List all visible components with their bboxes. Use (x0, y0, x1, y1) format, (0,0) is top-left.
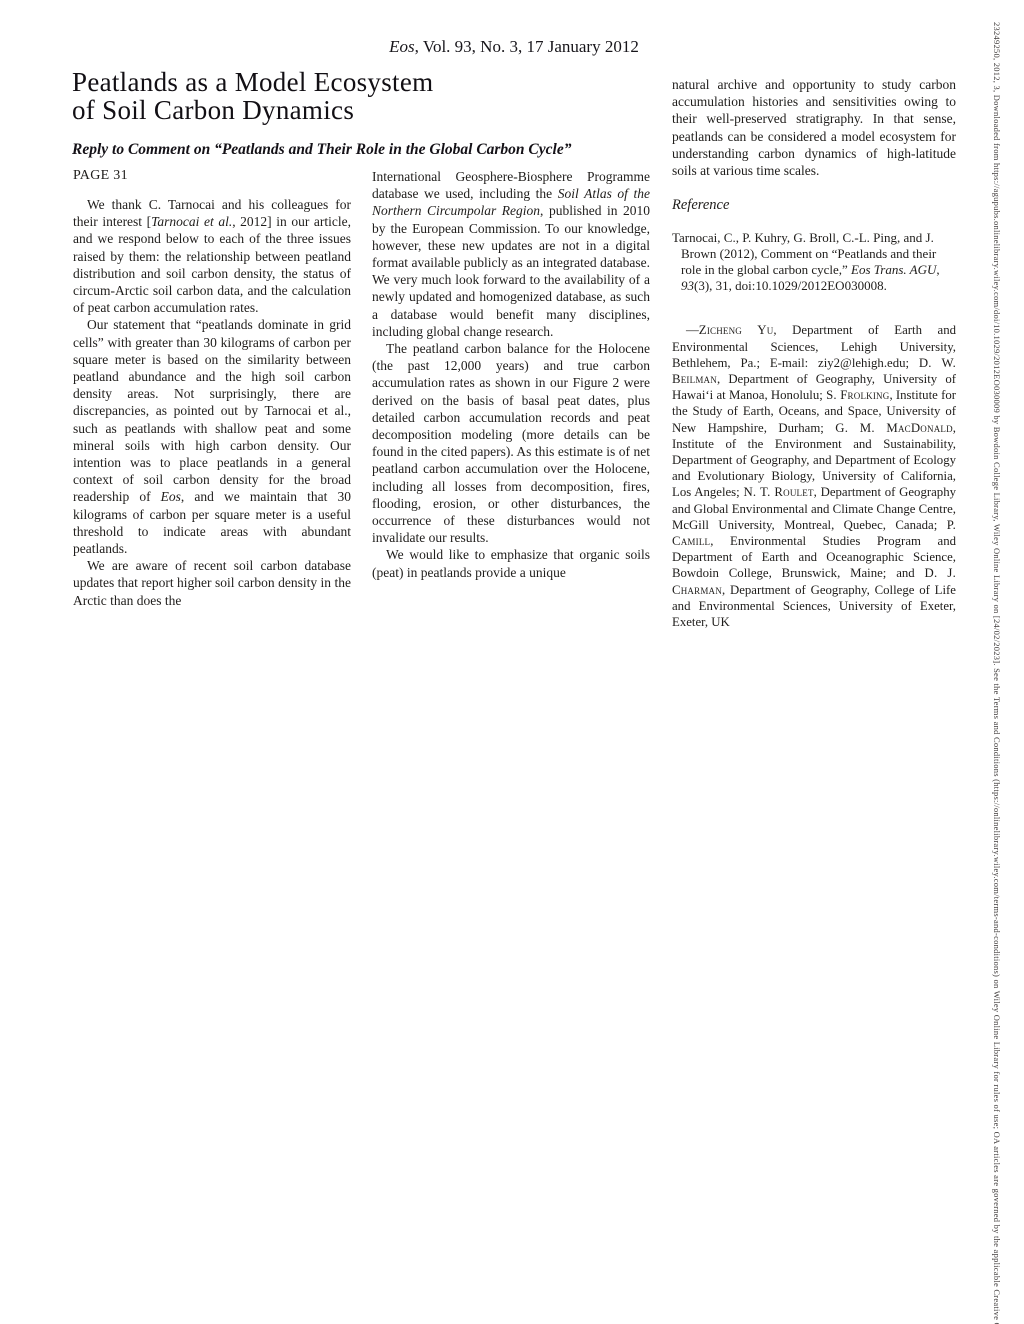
article-title: Peatlands as a Model Ecosystemof Soil Ca… (72, 68, 433, 124)
document-page: Eos, Vol. 93, No. 3, 17 January 2012 Pea… (0, 0, 1024, 1324)
page-number-label: PAGE 31 (73, 168, 128, 184)
text-run: Tarnocai et al. (151, 214, 232, 229)
text-run: , (936, 262, 939, 277)
text-run: The peatland carbon balance for the Holo… (372, 341, 650, 545)
article-title-line2: of Soil Carbon Dynamics (72, 95, 354, 125)
text-run: , Environmental Studies Program and Depa… (672, 534, 956, 580)
author-name: Zicheng Yu (699, 323, 774, 337)
paragraph: Our statement that “peatlands dominate i… (73, 316, 351, 557)
reference-entry: Tarnocai, C., P. Kuhry, G. Broll, C.-L. … (672, 230, 956, 294)
text-run: — (686, 323, 699, 337)
text-column-2: International Geosphere-Biosphere Progra… (372, 168, 650, 581)
article-title-line1: Peatlands as a Model Ecosystem (72, 67, 433, 97)
paragraph: natural archive and opportunity to study… (672, 76, 956, 179)
paragraph: International Geosphere-Biosphere Progra… (372, 168, 650, 340)
reference-heading: Reference (672, 197, 956, 214)
text-run: (3), 31, doi:10.1029/2012EO030008. (694, 278, 887, 293)
author-name: N. T. Roulet (743, 485, 813, 499)
author-affiliations: —Zicheng Yu, Department of Earth and Env… (672, 322, 956, 630)
paragraph: We thank C. Tarnocai and his colleagues … (73, 196, 351, 316)
journal-header: Eos, Vol. 93, No. 3, 17 January 2012 (73, 37, 955, 57)
paragraph: We are aware of recent soil carbon datab… (73, 557, 351, 609)
text-run: , 2012] in our article, and we respond b… (73, 214, 351, 315)
text-run: Reference (672, 197, 729, 213)
journal-name: Eos (389, 37, 415, 56)
text-run: Our statement that “peatlands dominate i… (73, 317, 351, 504)
article-subtitle: Reply to Comment on “Peatlands and Their… (72, 141, 571, 159)
author-name: G. M. MacDonald (835, 421, 953, 435)
journal-issue-info: , Vol. 93, No. 3, 17 January 2012 (415, 37, 639, 56)
paragraph: We would like to emphasize that organic … (372, 546, 650, 580)
text-run: , published in 2010 by the European Comm… (372, 203, 650, 338)
text-run: Eos (161, 489, 181, 504)
text-run: We are aware of recent soil carbon datab… (73, 558, 351, 607)
text-column-3: natural archive and opportunity to study… (672, 76, 956, 630)
text-run: 93 (681, 278, 694, 293)
text-column-1: We thank C. Tarnocai and his colleagues … (73, 196, 351, 609)
text-run: natural archive and opportunity to study… (672, 77, 956, 178)
paragraph: The peatland carbon balance for the Holo… (372, 340, 650, 546)
download-provenance-sidebar: 23249250, 2012, 3, Downloaded from https… (992, 22, 1002, 1318)
text-run: Eos Trans. AGU (851, 262, 936, 277)
author-name: S. Frolking (826, 388, 889, 402)
text-run: We would like to emphasize that organic … (372, 547, 650, 579)
